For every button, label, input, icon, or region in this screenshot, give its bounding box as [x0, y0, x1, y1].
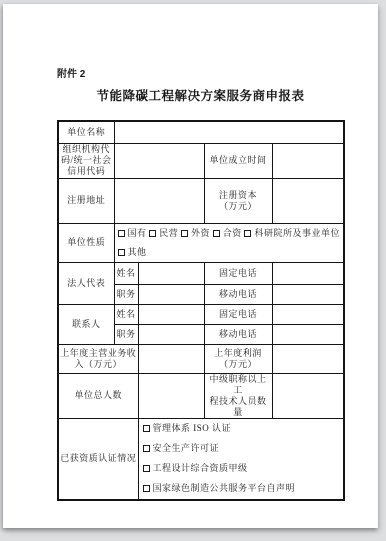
checkbox-option-label: 合资	[223, 228, 242, 239]
checkbox-icon[interactable]	[143, 425, 150, 432]
establish-time-value-cell[interactable]	[272, 143, 344, 178]
checkbox-option-label: 工程设计综合资质甲级	[153, 463, 248, 474]
checkbox-option-label: 外资	[191, 228, 210, 239]
table-row: 联系人 姓名 固定电话	[58, 304, 344, 324]
table-row: 单位总人数 中级职称以上工 程技术人员数量	[58, 373, 344, 418]
checkbox-option-label: 其他	[128, 247, 147, 258]
revenue-label: 上年度主营业务收 入（万元）	[58, 344, 138, 373]
table-row: 注册地址 注册资本 （万元）	[58, 178, 344, 223]
total-staff-label: 单位总人数	[58, 373, 138, 418]
table-row: 已获资质认证情况 管理体系 ISO 认证 安全生产许可证 工程设计综合资质甲级 …	[58, 418, 344, 500]
legal-rep-name-value-cell[interactable]	[138, 262, 204, 284]
registered-capital-label: 注册资本 （万元）	[204, 178, 272, 223]
checkbox-icon[interactable]	[143, 465, 150, 472]
unit-nature-options-line2: 其他	[115, 243, 344, 262]
mid-title-engineers-value-cell[interactable]	[272, 373, 344, 418]
checkbox-option-label: 国有	[128, 228, 147, 239]
checkbox-icon[interactable]	[143, 445, 150, 452]
checkbox-option[interactable]: 科研院所及事业单位	[244, 228, 340, 239]
page-title: 节能降碳工程解决方案服务商申报表	[23, 86, 378, 104]
contact-mobile-phone-value-cell[interactable]	[272, 324, 344, 344]
checkbox-option[interactable]: 工程设计综合资质甲级	[139, 459, 344, 479]
table-row: 法人代表 姓名 固定电话	[58, 262, 344, 284]
checkbox-option-label: 安全生产许可证	[153, 443, 220, 454]
registered-capital-value-cell[interactable]	[272, 178, 344, 223]
total-staff-value-cell[interactable]	[138, 373, 204, 418]
table-row: 单位名称	[58, 121, 344, 143]
checkbox-option-label: 民营	[159, 228, 178, 239]
legal-rep-mobile-phone-value-cell[interactable]	[272, 284, 344, 304]
legal-rep-title-label: 职务	[114, 284, 138, 304]
checkbox-icon[interactable]	[149, 230, 156, 237]
unit-nature-options-line1: 国有 民营 外资 合资 科研院所及事业单位	[115, 224, 344, 243]
legal-rep-fixed-phone-label: 固定电话	[204, 262, 272, 284]
table-row: 上年度主营业务收 入（万元） 上年度利润 （万元）	[58, 344, 344, 373]
unit-name-value-cell[interactable]	[114, 121, 344, 143]
profit-label: 上年度利润 （万元）	[204, 344, 272, 373]
legal-rep-mobile-phone-label: 移动电话	[204, 284, 272, 304]
contact-title-label: 职务	[114, 324, 138, 344]
contact-name-value-cell[interactable]	[138, 304, 204, 324]
unit-nature-options-cell: 国有 民营 外资 合资 科研院所及事业单位 其他	[114, 223, 344, 262]
checkbox-icon[interactable]	[213, 230, 220, 237]
legal-rep-name-label: 姓名	[114, 262, 138, 284]
application-form-table: 单位名称 组织机构代 码/统一社会 信用代码 单位成立时间 注册地址 注册资本 …	[57, 120, 345, 501]
establish-time-label: 单位成立时间	[204, 143, 272, 178]
registered-address-value-cell[interactable]	[114, 178, 204, 223]
checkbox-option[interactable]: 国家绿色制造公共服务平台自声明	[139, 479, 344, 499]
legal-rep-fixed-phone-value-cell[interactable]	[272, 262, 344, 284]
contact-mobile-phone-label: 移动电话	[204, 324, 272, 344]
document-page: 附件 2 节能降碳工程解决方案服务商申报表 单位名称 组织机构代 码/统一社会 …	[3, 4, 378, 528]
checkbox-option[interactable]: 管理体系 ISO 认证	[139, 419, 344, 439]
revenue-value-cell[interactable]	[138, 344, 204, 373]
contact-name-label: 姓名	[114, 304, 138, 324]
registered-address-label: 注册地址	[58, 178, 114, 223]
contact-fixed-phone-value-cell[interactable]	[272, 304, 344, 324]
checkbox-option-label: 国家绿色制造公共服务平台自声明	[153, 483, 296, 494]
checkbox-icon[interactable]	[244, 230, 251, 237]
certifications-label: 已获资质认证情况	[58, 418, 138, 500]
table-row: 组织机构代 码/统一社会 信用代码 单位成立时间	[58, 143, 344, 178]
org-code-value-cell[interactable]	[114, 143, 204, 178]
unit-name-label: 单位名称	[58, 121, 114, 143]
checkbox-option[interactable]: 民营	[149, 228, 178, 239]
checkbox-option[interactable]: 合资	[213, 228, 242, 239]
checkbox-option[interactable]: 外资	[181, 228, 210, 239]
legal-rep-label: 法人代表	[58, 262, 114, 304]
attachment-label: 附件 2	[57, 65, 85, 80]
checkbox-icon[interactable]	[181, 230, 188, 237]
checkbox-option[interactable]: 安全生产许可证	[139, 439, 344, 459]
contact-title-value-cell[interactable]	[138, 324, 204, 344]
mid-title-engineers-label: 中级职称以上工 程技术人员数量	[204, 373, 272, 418]
checkbox-icon[interactable]	[118, 249, 125, 256]
checkbox-icon[interactable]	[118, 230, 125, 237]
contact-fixed-phone-label: 固定电话	[204, 304, 272, 324]
checkbox-option-label: 管理体系 ISO 认证	[153, 423, 232, 434]
unit-nature-label: 单位性质	[58, 223, 114, 262]
contact-label: 联系人	[58, 304, 114, 344]
checkbox-option[interactable]: 其他	[118, 247, 147, 258]
legal-rep-title-value-cell[interactable]	[138, 284, 204, 304]
profit-value-cell[interactable]	[272, 344, 344, 373]
checkbox-option-label: 科研院所及事业单位	[254, 228, 340, 239]
table-row: 单位性质 国有 民营 外资 合资 科研院所及事业单位 其他	[58, 223, 344, 262]
checkbox-icon[interactable]	[143, 485, 150, 492]
certifications-options-cell: 管理体系 ISO 认证 安全生产许可证 工程设计综合资质甲级 国家绿色制造公共服…	[138, 418, 344, 500]
org-code-label: 组织机构代 码/统一社会 信用代码	[58, 143, 114, 178]
checkbox-option[interactable]: 国有	[118, 228, 147, 239]
